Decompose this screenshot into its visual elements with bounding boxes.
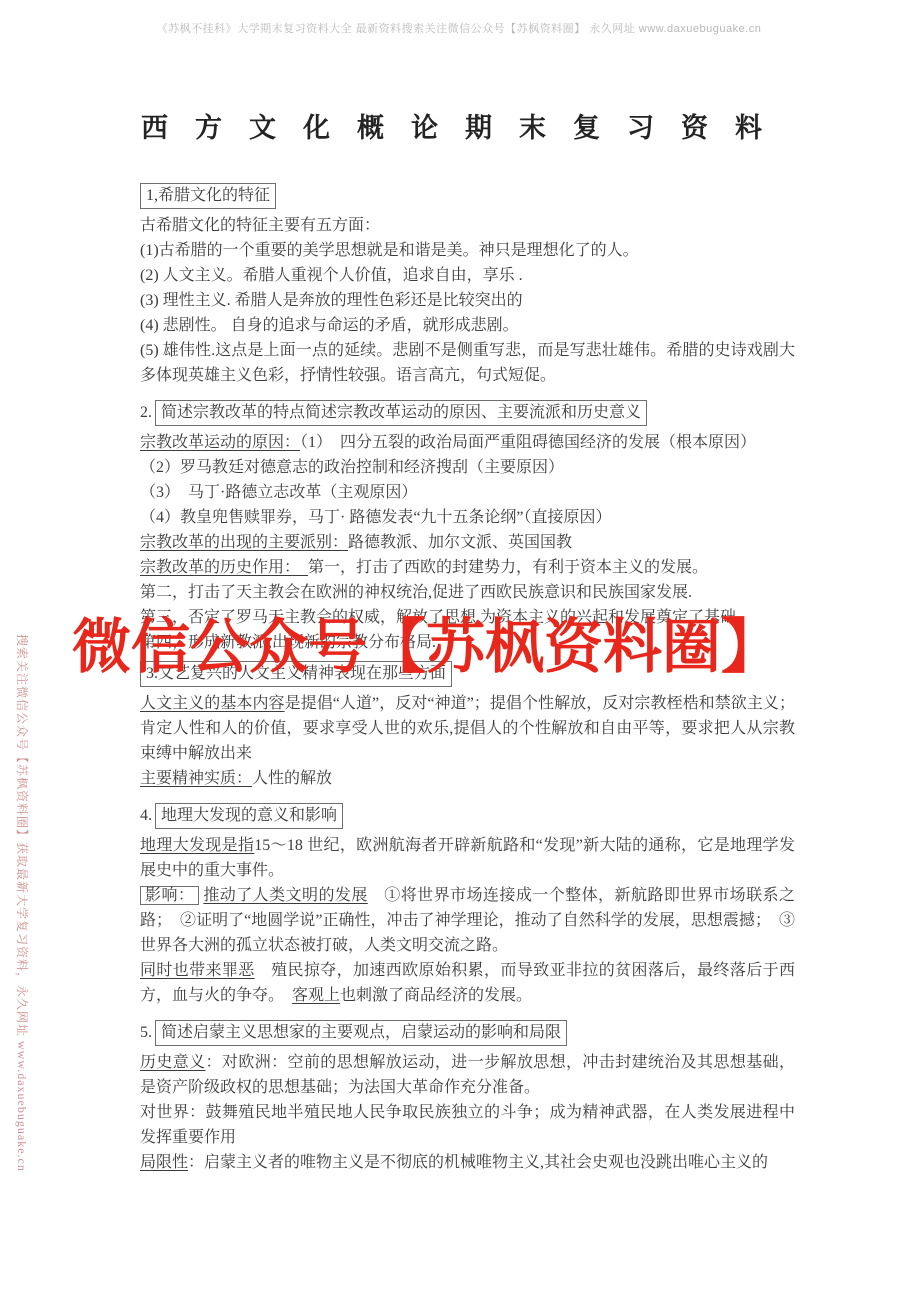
text-segment: （4）教皇兜售赎罪券，马丁· 路德发表“九十五条论纲”（直接原因） — [140, 509, 612, 526]
underlined-text: 主要精神实质： — [140, 770, 252, 787]
paragraph: 宗教改革的出现的主要派别：路德教派、加尔文派、英国国教 — [140, 530, 795, 555]
paragraph: （3） 马丁·路德立志改革（主观原因） — [140, 480, 795, 505]
text-segment: ：启蒙主义者的唯物主义是不彻底的机械唯物主义,其社会史观也没跳出唯心主义的 — [188, 1154, 768, 1171]
section-number: 2. — [140, 404, 152, 421]
underlined-text: 推动了人类文明的发展 — [203, 887, 367, 904]
underlined-text: 人文主义的基本内容 — [140, 695, 285, 712]
text-segment: 路德教派、加尔文派、英国国教 — [348, 534, 572, 551]
underlined-text: 宗教改革的出现的主要派别： — [140, 534, 348, 551]
paragraph: 主要精神实质：人性的解放 — [140, 766, 795, 791]
underlined-text: 地理大发现是指 — [140, 837, 254, 854]
text-segment: 也刺激了商品经济的发展。 — [340, 987, 532, 1004]
text-segment: ：对欧洲：空前的思想解放运动，进一步解放思想，冲击封建统治及其思想基础，是资产阶… — [140, 1054, 795, 1096]
side-watermark: 搜索关注微信公众号【苏枫资料圈】获取最新大学复习资料，永久网址 www.daxu… — [14, 634, 31, 1172]
boxed-label: 影响： — [140, 886, 199, 905]
paragraph: （2）罗马教廷对德意志的政治控制和经济搜刮（主要原因） — [140, 455, 795, 480]
page-title: 西方文化概论期末复习资料 — [141, 106, 789, 145]
underlined-text: 历史意义 — [140, 1054, 206, 1071]
paragraph: （4）教皇兜售赎罪券，马丁· 路德发表“九十五条论纲”（直接原因） — [140, 505, 795, 530]
paragraph: (4) 悲剧性。 自身的追求与命运的矛盾，就形成悲剧。 — [140, 313, 795, 338]
section-title: 简述启蒙主义思想家的主要观点，启蒙运动的影响和局限 — [155, 1020, 567, 1046]
paragraph: (2) 人文主义。希腊人重视个人价值，追求自由，享乐 . — [140, 263, 795, 288]
paragraph: 宗教改革的历史作用： 第一，打击了西欧的封建势力，有利于资本主义的发展。 — [140, 555, 795, 580]
underlined-text: 局限性 — [140, 1154, 188, 1171]
underlined-text: 宗教改革的历史作用： — [140, 559, 308, 576]
section: 5.简述启蒙主义思想家的主要观点，启蒙运动的影响和局限历史意义：对欧洲：空前的思… — [140, 1020, 795, 1175]
text-segment: （1） 四分五裂的政治局面严重阻碍德国经济的发展（根本原因） — [300, 434, 756, 451]
paragraph: 宗教改革运动的原因：（1） 四分五裂的政治局面严重阻碍德国经济的发展（根本原因） — [140, 430, 795, 455]
page-header-watermark: 《苏枫不挂科》大学期末复习资料大全 最新资料搜索关注微信公众号【苏枫资料圈】 永… — [0, 20, 918, 36]
underlined-text: 客观上 — [292, 987, 340, 1004]
center-watermark: 微信公众号【苏枫资料圈】 — [72, 599, 780, 684]
paragraph: 人文主义的基本内容是提倡“人道”，反对“神道”；提倡个性解放，反对宗教桎梏和禁欲… — [140, 691, 795, 766]
section: 1,希腊文化的特征 古希腊文化的特征主要有五方面：(1)古希腊的一个重要的美学思… — [140, 183, 795, 388]
text-segment: (5) 雄伟性.这点是上面一点的延续。悲剧不是侧重写悲，而是写悲壮雄伟。希腊的史… — [140, 342, 795, 384]
paragraph: 古希腊文化的特征主要有五方面： — [140, 213, 795, 238]
paragraph: (5) 雄伟性.这点是上面一点的延续。悲剧不是侧重写悲，而是写悲壮雄伟。希腊的史… — [140, 338, 795, 388]
document-body: 1,希腊文化的特征 古希腊文化的特征主要有五方面：(1)古希腊的一个重要的美学思… — [140, 183, 795, 1187]
paragraph: (3) 理性主义. 希腊人是奔放的理性色彩还是比较突出的 — [140, 288, 795, 313]
section-heading: 2.简述宗教改革的特点简述宗教改革运动的原因、主要流派和历史意义 — [140, 400, 795, 426]
text-segment: （2）罗马教廷对德意志的政治控制和经济搜刮（主要原因） — [140, 459, 564, 476]
text-segment: (2) 人文主义。希腊人重视个人价值，追求自由，享乐 . — [140, 267, 523, 284]
section-number: 5. — [140, 1024, 152, 1041]
section-number: 4. — [140, 807, 152, 824]
underlined-text: 同时也带来罪恶 — [140, 962, 255, 979]
underlined-text: 宗教改革运动的原因： — [140, 434, 300, 451]
text-segment: (4) 悲剧性。 自身的追求与命运的矛盾，就形成悲剧。 — [140, 317, 519, 334]
paragraph: 同时也带来罪恶 殖民掠夺，加速西欧原始积累，而导致亚非拉的贫困落后，最终落后于西… — [140, 958, 795, 1008]
section-title: 简述宗教改革的特点简述宗教改革运动的原因、主要流派和历史意义 — [155, 400, 647, 426]
section: 4.地理大发现的意义和影响地理大发现是指15～18 世纪，欧洲航海者开辟新航路和… — [140, 803, 795, 1008]
section-heading: 1,希腊文化的特征 — [140, 183, 795, 209]
section-title: 地理大发现的意义和影响 — [155, 803, 343, 829]
text-segment: (1)古希腊的一个重要的美学思想就是和谐是美。神只是理想化了的人。 — [140, 242, 639, 259]
section-title: 1,希腊文化的特征 — [140, 183, 276, 209]
paragraph: 地理大发现是指15～18 世纪，欧洲航海者开辟新航路和“发现”新大陆的通称，它是… — [140, 833, 795, 883]
text-segment: （3） 马丁·路德立志改革（主观原因） — [140, 484, 417, 501]
text-segment: (3) 理性主义. 希腊人是奔放的理性色彩还是比较突出的 — [140, 292, 523, 309]
paragraph: 历史意义：对欧洲：空前的思想解放运动，进一步解放思想，冲击封建统治及其思想基础，… — [140, 1050, 795, 1100]
text-segment: 古希腊文化的特征主要有五方面： — [140, 217, 380, 234]
paragraph: 对世界：鼓舞殖民地半殖民地人民争取民族独立的斗争；成为精神武器，在人类发展进程中… — [140, 1100, 795, 1150]
paragraph: 影响：推动了人类文明的发展 ①将世界市场连接成一个整体，新航路即世界市场联系之路… — [140, 883, 795, 958]
text-segment: 对世界：鼓舞殖民地半殖民地人民争取民族独立的斗争；成为精神武器，在人类发展进程中… — [140, 1104, 795, 1146]
text-segment: 人性的解放 — [252, 770, 332, 787]
paragraph: (1)古希腊的一个重要的美学思想就是和谐是美。神只是理想化了的人。 — [140, 238, 795, 263]
text-segment: 第一，打击了西欧的封建势力，有利于资本主义的发展。 — [308, 559, 708, 576]
paragraph: 局限性：启蒙主义者的唯物主义是不彻底的机械唯物主义,其社会史观也没跳出唯心主义的 — [140, 1150, 795, 1175]
section-heading: 4.地理大发现的意义和影响 — [140, 803, 795, 829]
section-heading: 5.简述启蒙主义思想家的主要观点，启蒙运动的影响和局限 — [140, 1020, 795, 1046]
